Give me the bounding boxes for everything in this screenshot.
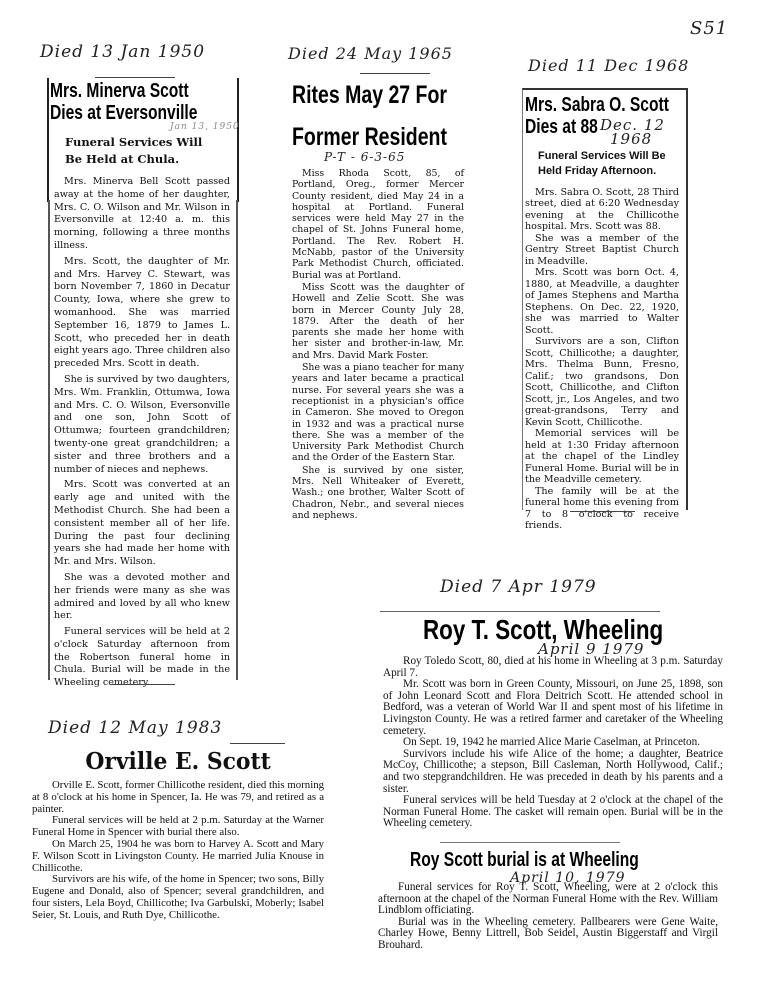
subhead-line: Be Held at Chula. xyxy=(65,151,234,168)
paragraph: Funeral services will be held at 2 o'clo… xyxy=(54,626,230,690)
subhead-line: Held Friday Afternoon. xyxy=(538,164,683,179)
paragraph: Survivors are his wife, of the home in S… xyxy=(32,874,324,921)
paragraph: She was a member of the Gentry Street Ba… xyxy=(525,233,679,268)
paragraph: She is survived by two daughters, Mrs. W… xyxy=(54,374,230,476)
paragraph: Funeral services will be held at 2 p.m. … xyxy=(32,815,324,839)
paragraph: She was a devoted mother and her friends… xyxy=(54,572,230,623)
annotation-line: 1968 xyxy=(600,132,665,146)
headline-line: Rites May 27 For xyxy=(292,80,426,110)
handwritten-date-orville: Died 12 May 1983 xyxy=(48,718,222,738)
paragraph: Funeral services will be held Tuesday at… xyxy=(383,795,723,830)
handwritten-date-minerva: Died 13 Jan 1950 xyxy=(40,42,205,62)
handwritten-annotation-rhoda: P-T - 6-3-65 xyxy=(324,150,405,164)
handwritten-date-roy: Died 7 Apr 1979 xyxy=(440,577,597,597)
headline-line: Mrs. Minerva Scott xyxy=(50,80,194,102)
body-roy: Roy Toledo Scott, 80, died at his home i… xyxy=(383,656,723,830)
paragraph: She was a piano teacher for many years a… xyxy=(292,362,464,464)
paragraph: Funeral services for Roy T. Scott, Wheel… xyxy=(378,882,718,917)
clipping-minerva-scott-content: Mrs. Minerva Scott Dies at Eversonville … xyxy=(50,80,234,690)
paragraph: Survivors include his wife Alice of the … xyxy=(383,749,723,795)
clipping-roy-scott: Roy T. Scott, Wheeling April 9 1979 Roy … xyxy=(383,614,723,830)
headline-minerva: Mrs. Minerva Scott Dies at Eversonville xyxy=(50,80,234,128)
headline-line: Mrs. Sabra O. Scott xyxy=(525,94,648,116)
body-sabra: Mrs. Sabra O. Scott, 28 Third street, di… xyxy=(525,187,683,532)
handwritten-date-sabra: Died 11 Dec 1968 xyxy=(528,56,689,75)
paragraph: Orville E. Scott, former Chillicothe res… xyxy=(32,780,324,815)
handwritten-date-rhoda: Died 24 May 1965 xyxy=(288,44,453,63)
paragraph: The family will be at the funeral home t… xyxy=(525,486,679,532)
clipping-orville-scott: Orville E. Scott Orville E. Scott, forme… xyxy=(32,748,324,922)
headline-roy-burial: Roy Scott burial is at Wheeling xyxy=(410,848,675,872)
paragraph: Mrs. Scott was converted at an early age… xyxy=(54,479,230,569)
handwritten-annotation-roy: April 9 1979 xyxy=(538,640,644,658)
clipping-roy-burial: Roy Scott burial is at Wheeling April 10… xyxy=(378,848,718,952)
paragraph: Roy Toledo Scott, 80, died at his home i… xyxy=(383,656,723,679)
handwritten-annotation-sabra: Dec. 12 1968 xyxy=(600,118,665,146)
paragraph: Mrs. Minerva Bell Scott passed away at t… xyxy=(54,176,230,253)
paragraph: Mrs. Scott, the daughter of Mr. and Mrs.… xyxy=(54,256,230,371)
paragraph: Survivors are a son, Clifton Scott, Chil… xyxy=(525,336,679,428)
page-number-note: S51 xyxy=(690,18,728,39)
headline-orville: Orville E. Scott xyxy=(39,748,316,776)
headline-rhoda: Rites May 27 For Former Resident xyxy=(292,80,464,152)
subhead-line: Funeral Services Will xyxy=(65,134,234,151)
paragraph: Mr. Scott was born in Green County, Miss… xyxy=(383,679,723,737)
subhead-line: Funeral Services Will Be xyxy=(538,149,683,164)
paragraph: Miss Rhoda Scott, 85, of Portland, Oreg.… xyxy=(292,168,464,281)
paragraph: Mrs. Sabra O. Scott, 28 Third street, di… xyxy=(525,187,679,233)
handwritten-annotation-roy-burial: April 10, 1979 xyxy=(510,870,626,886)
subhead-sabra: Funeral Services Will Be Held Friday Aft… xyxy=(525,149,683,179)
paragraph: On March 25, 1904 he was born to Harvey … xyxy=(32,839,324,874)
paragraph: She is survived by one sister, Mrs. Nell… xyxy=(292,465,464,521)
headline-line: Former Resident xyxy=(292,122,426,152)
body-rhoda: Miss Rhoda Scott, 85, of Portland, Oreg.… xyxy=(292,168,464,521)
paragraph: Memorial services will be held at 1:30 F… xyxy=(525,428,679,486)
paragraph: On Sept. 19, 1942 he married Alice Marie… xyxy=(383,737,723,749)
paragraph: Miss Scott was the daughter of Howell an… xyxy=(292,282,464,361)
paragraph: Mrs. Scott was born Oct. 4, 1880, at Mea… xyxy=(525,267,679,336)
body-roy-burial: Funeral services for Roy T. Scott, Wheel… xyxy=(378,882,718,952)
clipping-sabra-scott-content: Mrs. Sabra O. Scott Dies at 88 Dec. 12 1… xyxy=(525,94,683,532)
body-orville: Orville E. Scott, former Chillicothe res… xyxy=(32,780,324,922)
handwritten-annotation-minerva: Jan 13, 1950 xyxy=(170,122,240,132)
body-minerva: Mrs. Minerva Bell Scott passed away at t… xyxy=(50,176,234,690)
paragraph: Burial was in the Wheeling cemetery. Pal… xyxy=(378,917,718,952)
subhead-minerva: Funeral Services Will Be Held at Chula. xyxy=(50,134,234,168)
clipping-rhoda-scott: Rites May 27 For Former Resident P-T - 6… xyxy=(292,80,464,521)
